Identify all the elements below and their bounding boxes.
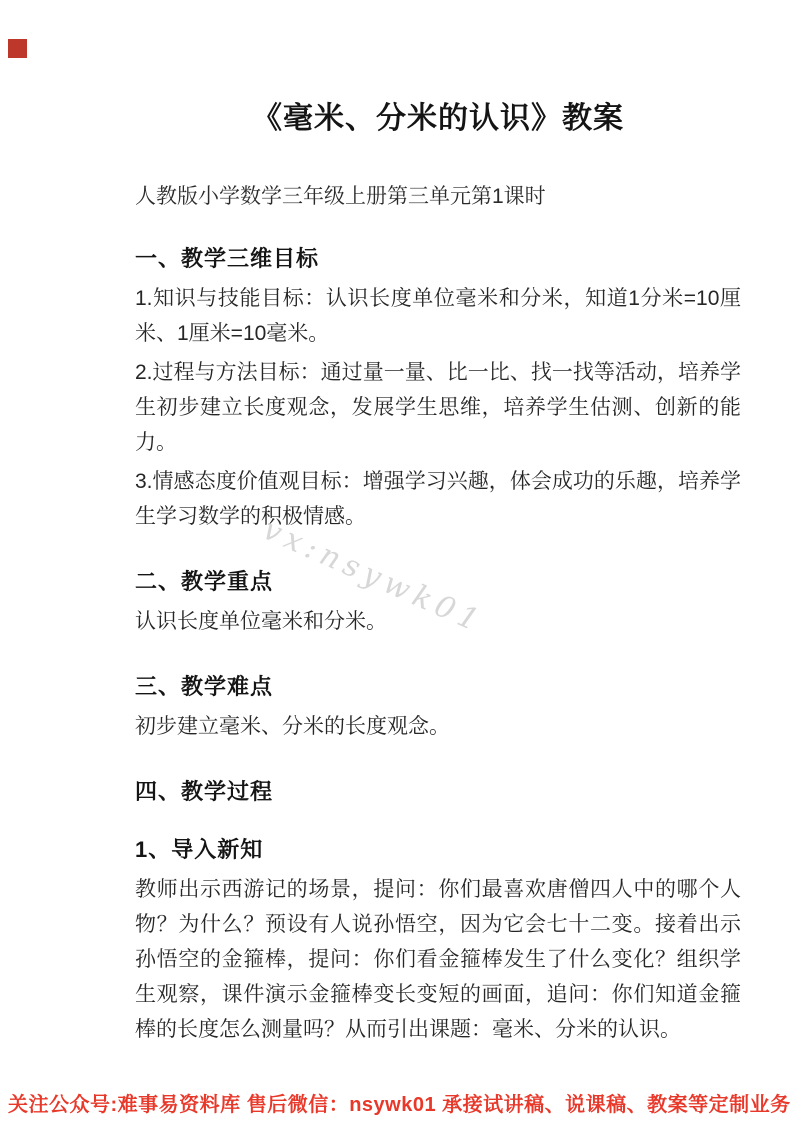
document-content: 《毫米、分米的认识》教案 人教版小学数学三年级上册第三单元第1课时 一、教学三维… xyxy=(0,0,793,1047)
section-heading-key-points: 二、教学重点 xyxy=(135,568,741,596)
section-heading-difficulties: 三、教学难点 xyxy=(135,673,741,701)
lead-in-paragraph: 教师出示西游记的场景，提问：你们最喜欢唐僧四人中的哪个人物？为什么？预设有人说孙… xyxy=(135,872,741,1047)
subsection-heading-lead-in: 1、导入新知 xyxy=(135,836,741,864)
key-points-paragraph: 认识长度单位毫米和分米。 xyxy=(135,604,741,639)
objectives-paragraph-knowledge: 1.知识与技能目标：认识长度单位毫米和分米，知道1分米=10厘米、1厘米=10毫… xyxy=(135,281,741,351)
page-title: 《毫米、分米的认识》教案 xyxy=(135,97,741,141)
section-heading-objectives: 一、教学三维目标 xyxy=(135,245,741,273)
footer-promo-banner: 关注公众号:难事易资料库 售后微信：nsywk01 承接试讲稿、说课稿、教案等定… xyxy=(0,1086,793,1122)
red-corner-marker xyxy=(8,39,27,58)
difficulties-paragraph: 初步建立毫米、分米的长度观念。 xyxy=(135,709,741,744)
objectives-paragraph-emotion: 3.情感态度价值观目标：增强学习兴趣，体会成功的乐趣，培养学生学习数学的积极情感… xyxy=(135,464,741,534)
document-page: 《毫米、分米的认识》教案 人教版小学数学三年级上册第三单元第1课时 一、教学三维… xyxy=(0,0,793,1122)
section-heading-process: 四、教学过程 xyxy=(135,778,741,806)
subtitle-line: 人教版小学数学三年级上册第三单元第1课时 xyxy=(135,183,741,211)
objectives-paragraph-process: 2.过程与方法目标：通过量一量、比一比、找一找等活动，培养学生初步建立长度观念，… xyxy=(135,355,741,460)
